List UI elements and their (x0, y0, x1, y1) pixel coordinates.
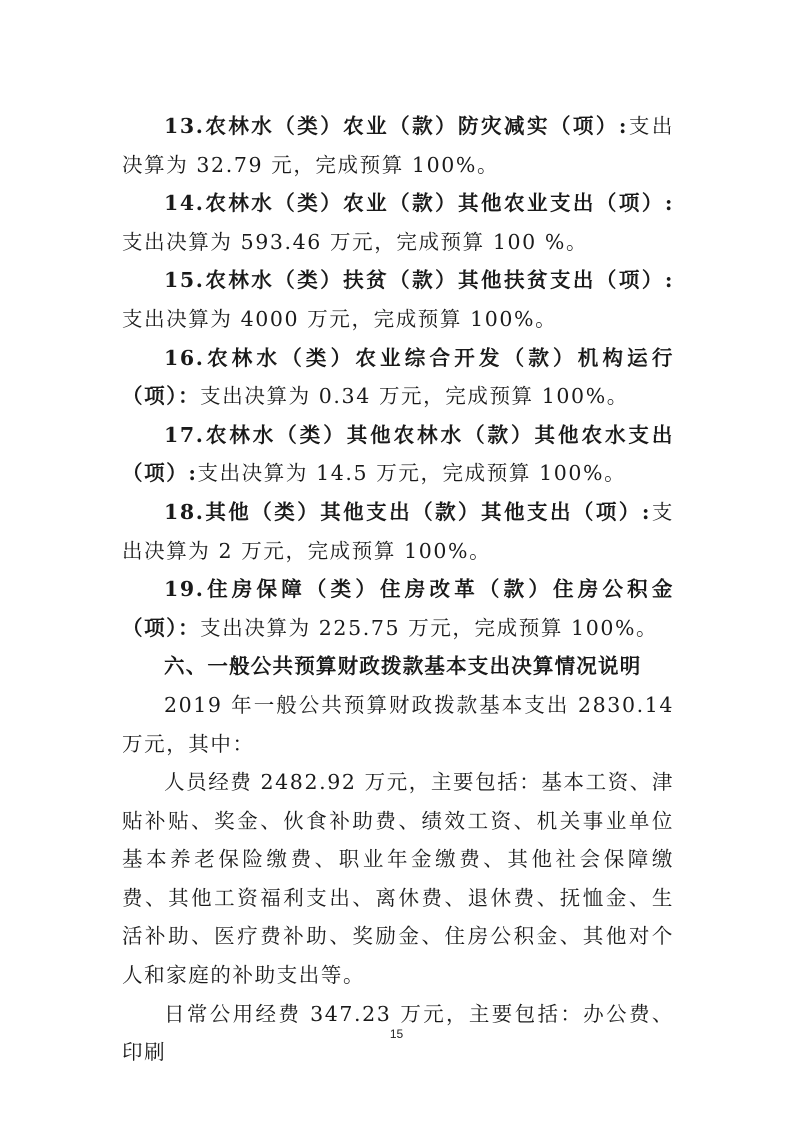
item-text: 支出决算为 593.46 万元，完成预算 100 %。 (122, 230, 588, 254)
item-text: 支出决算为 14.5 万元，完成预算 100%。 (197, 461, 626, 485)
item-14: 14.农林水（类）农业（款）其他农业支出（项）:支出决算为 593.46 万元，… (122, 184, 674, 261)
item-18: 18.其他（类）其他支出（款）其他支出（项）:支出决算为 2 万元，完成预算 1… (122, 493, 674, 570)
item-17: 17.农林水（类）其他农林水（款）其他农水支出（项）:支出决算为 14.5 万元… (122, 416, 674, 493)
item-sep: : (665, 268, 674, 292)
item-16: 16.农林水（类）农业综合开发（款）机构运行（项）：支出决算为 0.34 万元，… (122, 339, 674, 416)
item-sep: : (665, 191, 674, 215)
section-intro: 2019 年一般公共预算财政拨款基本支出 2830.14 万元，其中： (122, 686, 674, 763)
document-body: 13.农林水（类）农业（款）防灾减实（项）:支出决算为 32.79 元，完成预算… (122, 107, 674, 1072)
item-sep: : (619, 114, 628, 138)
item-13: 13.农林水（类）农业（款）防灾减实（项）:支出决算为 32.79 元，完成预算… (122, 107, 674, 184)
item-title: 14.农林水（类）农业（款）其他农业支出（项） (164, 191, 665, 215)
section-heading: 六、一般公共预算财政拨款基本支出决算情况说明 (122, 647, 674, 686)
item-sep: ： (178, 616, 200, 640)
item-text: 支出决算为 4000 万元，完成预算 100%。 (122, 307, 557, 331)
item-title: 13.农林水（类）农业（款）防灾减实（项） (164, 114, 619, 138)
item-15: 15.农林水（类）扶贫（款）其他扶贫支出（项）:支出决算为 4000 万元，完成… (122, 261, 674, 338)
item-sep: : (642, 500, 651, 524)
item-text: 支出决算为 0.34 万元，完成预算 100%。 (200, 384, 629, 408)
item-text: 支出决算为 225.75 万元，完成预算 100%。 (200, 616, 658, 640)
item-title: 15.农林水（类）扶贫（款）其他扶贫支出（项） (164, 268, 665, 292)
personnel-expense-paragraph: 人员经费 2482.92 万元，主要包括：基本工资、津贴补贴、奖金、伙食补助费、… (122, 763, 674, 995)
item-19: 19.住房保障（类）住房改革（款）住房公积金（项）：支出决算为 225.75 万… (122, 570, 674, 647)
page-number: 15 (0, 1027, 793, 1041)
item-title: 18.其他（类）其他支出（款）其他支出（项） (164, 500, 642, 524)
item-sep: ： (178, 384, 200, 408)
